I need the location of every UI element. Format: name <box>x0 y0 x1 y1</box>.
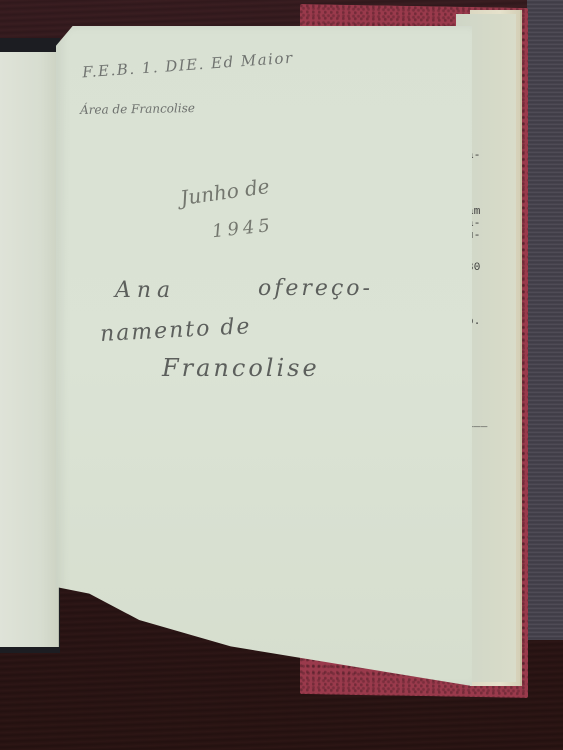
pencil-location-note: Área de Francolise <box>80 101 195 117</box>
left-endpaper <box>0 52 59 647</box>
dedication-word: ofereço- <box>258 276 373 301</box>
grey-cloth <box>527 0 563 640</box>
dedication-name: Ana <box>115 278 176 303</box>
dedication-line-3: Francolise <box>162 354 320 382</box>
